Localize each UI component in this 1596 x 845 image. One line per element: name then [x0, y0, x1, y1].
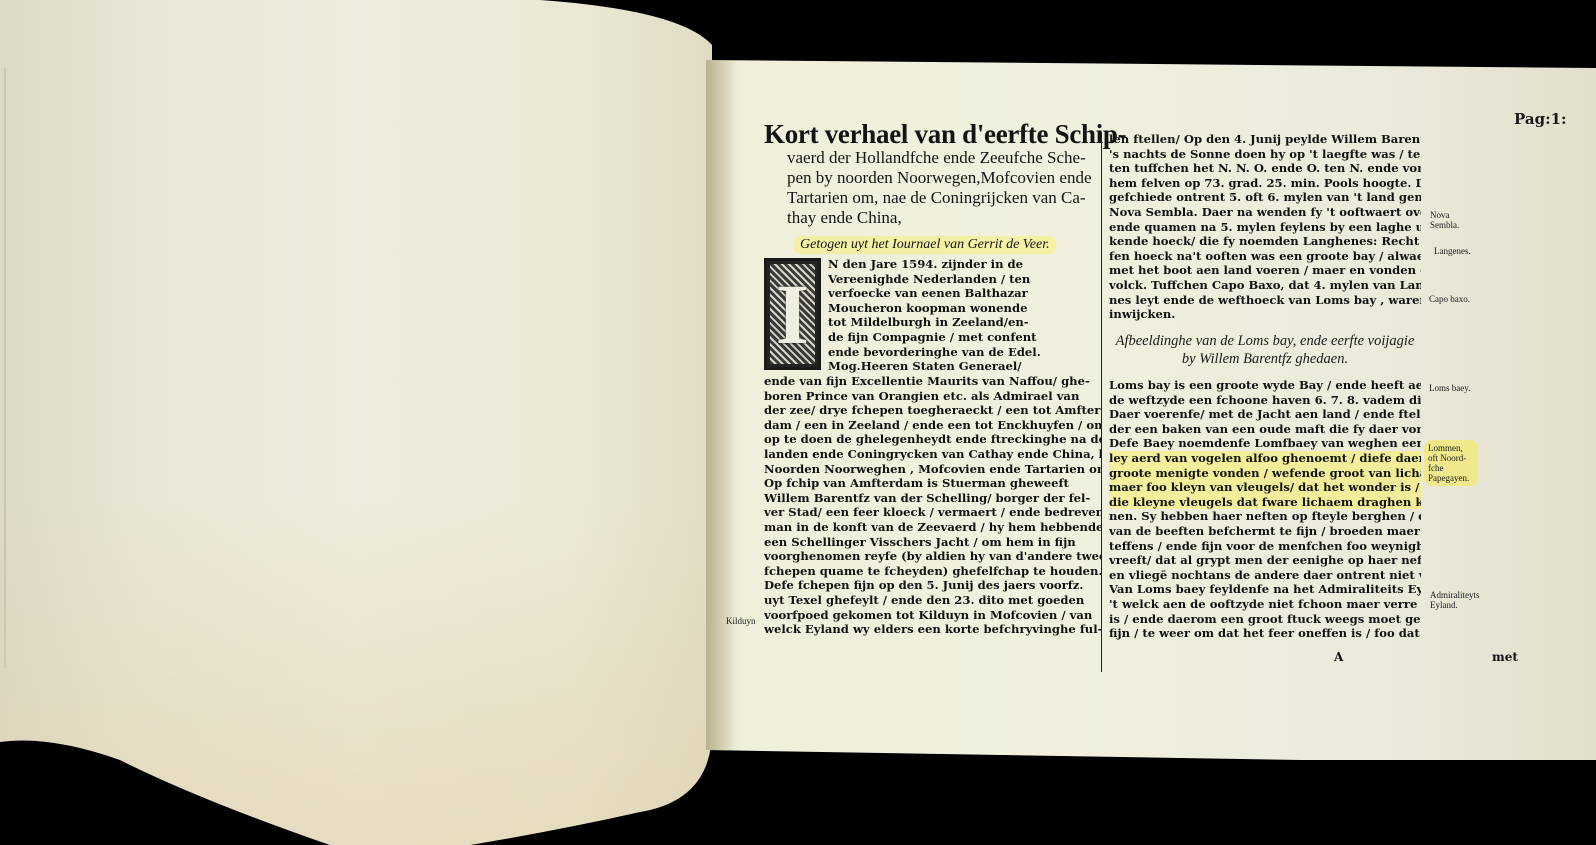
page-number: Pag:1:: [1514, 110, 1567, 128]
chapter-subtitle: vaerd der Hollandfche ende Zeeufche Sche…: [787, 148, 1102, 228]
text-line: de fijn Compagnie / met confent: [828, 330, 1102, 345]
text-line-highlighted: die kleyne vleugels dat fware lichaem dr…: [1109, 495, 1421, 510]
text-line: N den Jare 1594. zijnder in de: [828, 257, 1102, 272]
text-line: ende quamen na 5. mylen feylens by een l…: [1109, 220, 1421, 235]
column-divider: [1101, 132, 1102, 672]
text-line: der een baken van een oude maft die fy d…: [1109, 422, 1421, 437]
text-line: ver Stad/ een feer kloeck / vermaert / e…: [764, 505, 1102, 520]
margin-note-loms-baey: Loms baey.: [1429, 383, 1470, 393]
text-line: Noorden Noorweghen , Mofcovien ende Tart…: [764, 462, 1102, 477]
text-line: de weftzyde een fchoone haven 6. 7. 8. v…: [1109, 393, 1421, 408]
text-line: voorfpoed gekomen tot Kilduyn in Mofcovi…: [764, 608, 1102, 623]
gutter-shadow: [706, 60, 736, 760]
signature-mark: A: [1334, 650, 1343, 664]
text-line: len ftellen/ Op den 4. Junij peylde Will…: [1109, 132, 1421, 147]
attribution-highlighted: Getogen uyt het Iournael van Gerrit de V…: [794, 236, 1056, 254]
text-line: Van Loms baey feyldenfe na het Admiralit…: [1109, 582, 1421, 597]
text-line-highlighted: ley aerd van vogelen alfoo ghenoemt / di…: [1109, 451, 1421, 466]
text-line: ende van fijn Excellentie Maurits van Na…: [764, 374, 1102, 389]
margin-note-lommen-highlighted: Lommen, oft Noord-fche Papegayen.: [1424, 440, 1478, 486]
text-line: landen ende Coningrycken van Cathay ende…: [764, 447, 1102, 462]
text-line: Daer voerenfe/ met de Jacht aen land / e…: [1109, 407, 1421, 422]
text-line: kende hoeck/ die fy noemden Langhenes: R…: [1109, 234, 1421, 249]
text-line: nen. Sy hebben haer neften op fteyle ber…: [1109, 509, 1421, 524]
text-line: 's nachts de Sonne doen hy op 't laegfte…: [1109, 147, 1421, 162]
text-line: boren Prince van Orangien etc. als Admir…: [764, 389, 1102, 404]
text-line: met het boot aen land voeren / maer en v…: [1109, 263, 1421, 278]
text-line: Willem Barentfz van der Schelling/ borge…: [764, 491, 1102, 506]
right-page: Pag:1: Kort verhael van d'eerfte Schip- …: [706, 60, 1596, 760]
margin-note-kilduyn: Kilduyn: [726, 616, 756, 626]
initial-letter: I: [767, 269, 818, 359]
text-line: hem felven op 73. grad. 25. min. Pools h…: [1109, 176, 1421, 191]
text-line: ten tuffchen het N. N. O. ende O. ten N.…: [1109, 161, 1421, 176]
caption-line: by Willem Barentfz ghedaen.: [1109, 350, 1421, 368]
text-line: fijn / te weer om dat het feer oneffen i…: [1109, 626, 1421, 641]
text-line: tot Mildelburgh in Zeeland/en-: [828, 315, 1102, 330]
subtitle-line: Tartarien om, nae de Coningrijcken van C…: [787, 188, 1102, 208]
text-line: fen hoeck na't ooften was een groote bay…: [1109, 249, 1421, 264]
text-line: teffens / ende fijn voor de menfchen foo…: [1109, 539, 1421, 554]
text-line: der zee/ drye fchepen toegheraeckt / een…: [764, 403, 1102, 418]
catchword: met: [1492, 650, 1518, 664]
text-line: inwijcken.: [1109, 307, 1421, 322]
text-line: ende bevorderinghe van de Edel.: [828, 345, 1102, 360]
text-line: Moucheron koopman wonende: [828, 301, 1102, 316]
subtitle-line: pen by noorden Noorwegen,Mofcovien ende: [787, 168, 1102, 188]
column-left: Kort verhael van d'eerfte Schip- vaerd d…: [764, 120, 1102, 254]
left-page-blank: [0, 0, 712, 845]
text-line: man in de konft van de Zeevaerd / hy hem…: [764, 520, 1102, 535]
margin-note-nova-sembla: Nova Sembla.: [1430, 210, 1466, 230]
caption-line: Afbeeldinghe van de Loms bay, ende eerft…: [1109, 332, 1421, 350]
text-line: Vereenighde Nederlanden / ten: [828, 272, 1102, 287]
text-line: Mog.Heeren Staten Generael/: [828, 359, 1102, 374]
text-line: Loms bay is een groote wyde Bay / ende h…: [1109, 378, 1421, 393]
text-line: is / ende daerom een groot ftuck weegs m…: [1109, 612, 1421, 627]
opening-paragraph: N den Jare 1594. zijnder in de Vereenigh…: [828, 257, 1102, 374]
text-line: welck Eyland wy elders een korte befchry…: [764, 622, 1102, 637]
chapter-title: Kort verhael van d'eerfte Schip-: [764, 120, 1102, 148]
section-caption: Afbeeldinghe van de Loms bay, ende eerft…: [1109, 332, 1421, 368]
margin-note-capo-baxo: Capo baxo.: [1429, 294, 1470, 304]
margin-note-admiraliteyts: Admiraliteyts Eyland.: [1430, 590, 1472, 610]
text-line: volck. Tuffchen Capo Baxo, dat 4. mylen …: [1109, 278, 1421, 293]
text-line-highlighted: maer foo kleyn van vleugels/ dat het won…: [1109, 480, 1421, 495]
column-right-bottom: Loms bay is een groote wyde Bay / ende h…: [1109, 378, 1421, 641]
text-line: voorghenomen reyfe (by aldien hy van d'a…: [764, 549, 1102, 564]
margin-note-langenes: Langenes.: [1434, 246, 1471, 256]
text-line: dam / een in Zeeland / ende een tot Enck…: [764, 418, 1102, 433]
text-line: uyt Texel ghefeylt / ende den 23. dito m…: [764, 593, 1102, 608]
text-line: vreeft/ dat al grypt men der eenighe op …: [1109, 553, 1421, 568]
column-left-body: ende van fijn Excellentie Maurits van Na…: [764, 374, 1102, 637]
text-line: en vliegē nochtans de andere daer ontren…: [1109, 568, 1421, 583]
text-line-highlighted: groote menigte vonden / wefende groot va…: [1109, 466, 1421, 481]
text-line: Op fchip van Amfterdam is Stuerman ghewе…: [764, 476, 1102, 491]
text-line: gefchiede ontrent 5. oft 6. mylen van 't…: [1109, 190, 1421, 205]
text-line: Nova Sembla. Daer na wenden fy 't ooftwa…: [1109, 205, 1421, 220]
text-line: Defe Baey noemdenfe Lomfbaey van weghen …: [1109, 436, 1421, 451]
text-line: fchepen quame te fcheyden) ghefelfchap t…: [764, 564, 1102, 579]
text-line: een Schellinger Visschers Jacht / om hem…: [764, 535, 1102, 550]
subtitle-line: thay ende China,: [787, 208, 1102, 228]
column-right-top: len ftellen/ Op den 4. Junij peylde Will…: [1109, 132, 1421, 322]
text-line: van de beeften befchermt te fijn / broed…: [1109, 524, 1421, 539]
text-line: nes leyt ende de wefthoeck van Loms bay …: [1109, 293, 1421, 308]
text-line: op te doen de ghelegenheydt ende ftrecki…: [764, 432, 1102, 447]
text-line: Defe fchepen fijn op den 5. Junij des ja…: [764, 578, 1102, 593]
text-line: 't welck aen de ooftzyde niet fchoon mae…: [1109, 597, 1421, 612]
page-shading: [0, 500, 712, 845]
text-line: verfoecke van eenen Balthazar: [828, 286, 1102, 301]
subtitle-line: vaerd der Hollandfche ende Zeeufche Sche…: [787, 148, 1102, 168]
decorated-initial: I: [764, 258, 821, 370]
